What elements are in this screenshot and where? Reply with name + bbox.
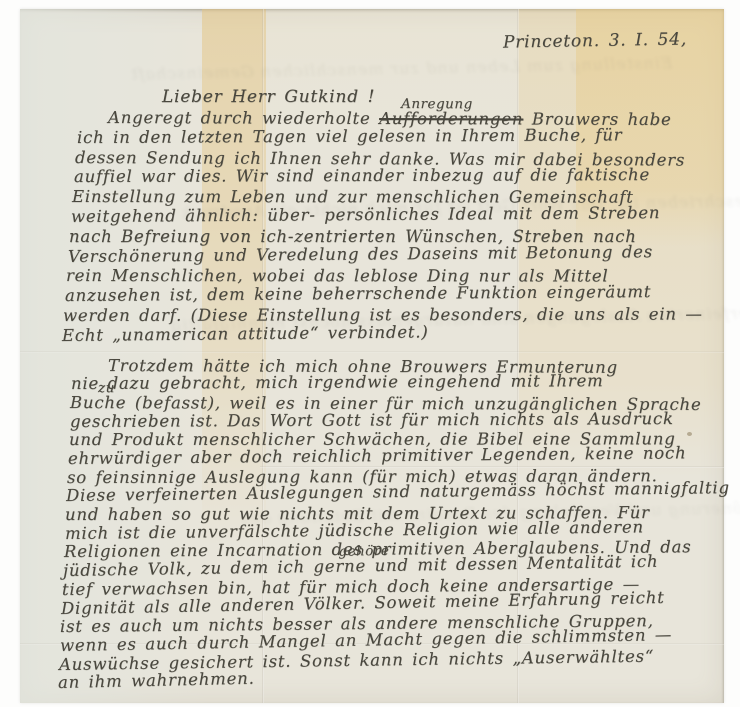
letter-line: nie dazu gebracht, mich irgendwie eingeh…: [71, 371, 724, 393]
letter-date: Princeton. 3. I. 54,: [503, 29, 687, 52]
inserted-word: zu: [98, 380, 115, 396]
line-text: mit dessen Mentalität ich: [409, 552, 659, 575]
letter-paragraph: Trotzdem hätte ich mich ohne Brouwers Er…: [20, 356, 724, 692]
letter-salutation: Lieber Herr Gutkind !: [162, 87, 375, 107]
inserted-word: gehöre: [338, 543, 389, 560]
letter-line: weitgehend ähnlich: über- persönliches I…: [71, 203, 724, 227]
ink-bleed-through: Einstellung zum Leben und zur menschlich…: [130, 53, 673, 83]
correction-group: gehöreund: [374, 556, 409, 576]
letter-body: Angeregt durch wiederholte AnregungAuffo…: [20, 108, 724, 692]
scan-background: { "document": { "description": "Handwrit…: [0, 0, 740, 707]
inserted-word: Anregung: [401, 96, 473, 112]
letter-line: geschrieben ist. Das Wort Gott ist für m…: [69, 408, 724, 430]
letter-line: auffiel war dies. Wir sind einander inbe…: [74, 165, 724, 187]
letter-line: ich in den letzten Tagen viel gelesen in…: [76, 125, 724, 148]
line-text: Angeregt durch wiederholte: [108, 108, 379, 128]
correction-group: zuBuche: [70, 393, 126, 412]
letter-line: anzusehen ist, dem keine beherrschende F…: [65, 282, 724, 306]
letter-paragraph: Angeregt durch wiederholte AnregungAuffo…: [20, 108, 724, 346]
letter-paper: Einstellung zum Leben und zur menschlich…: [20, 9, 724, 703]
